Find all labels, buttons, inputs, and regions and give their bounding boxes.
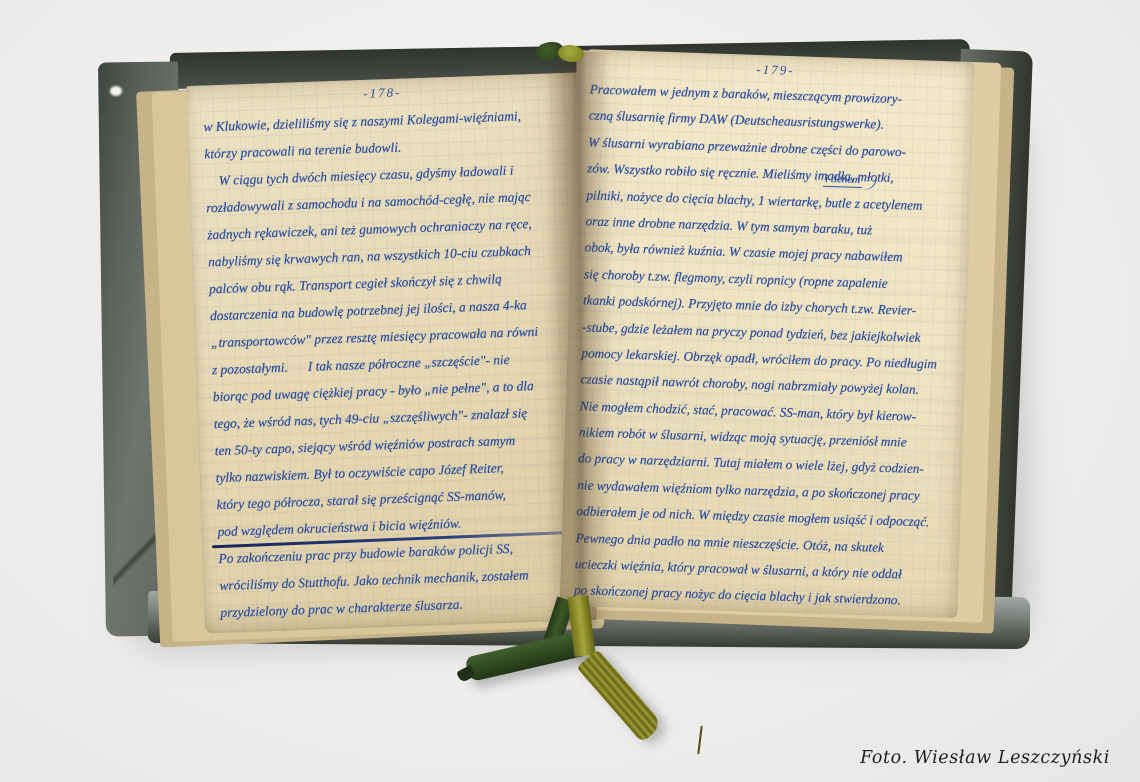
- left-page: -178- w Klukowie, dzieliliśmy się z nasz…: [186, 72, 597, 633]
- bookmark-ribbon-olive-thread: [697, 726, 702, 754]
- cover-highlight: [110, 86, 122, 96]
- right-page: -179- Pracowałem w jednym z baraków, mie…: [560, 50, 975, 618]
- right-page-text: Pracowałem w jednym z baraków, mieszcząc…: [574, 76, 968, 615]
- photograph-of-open-diary: -178- w Klukowie, dzieliliśmy się z nasz…: [0, 0, 1140, 782]
- photo-credit: Foto. Wiesław Leszczyński: [860, 748, 1110, 768]
- left-page-text: w Klukowie, dzieliliśmy się z naszymi Ko…: [203, 101, 591, 627]
- interlinear-insertion: i tlenem: [823, 173, 863, 188]
- bookmark-ribbon-olive: [577, 649, 664, 743]
